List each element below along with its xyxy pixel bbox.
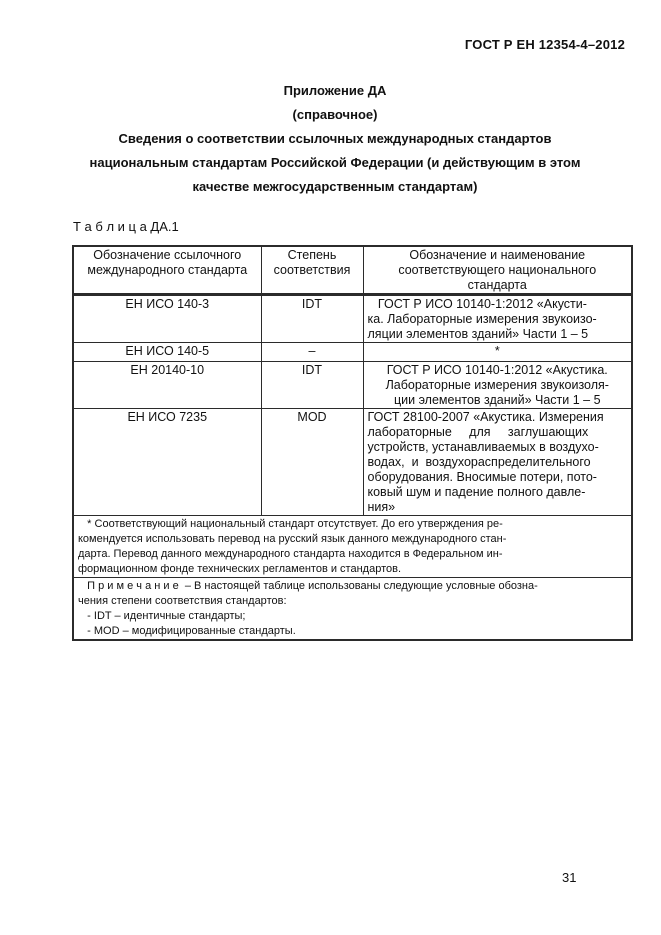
cell-national: *: [363, 343, 632, 362]
document-code-header: ГОСТ Р ЕН 12354-4–2012: [465, 37, 625, 52]
page-number: 31: [562, 870, 576, 885]
table-header-row: Обозначение ссылочного международного ст…: [73, 246, 632, 295]
table-row: ЕН ИСО 140-3 IDT ГОСТ Р ИСО 10140-1:2012…: [73, 295, 632, 343]
cell-reference: ЕН ИСО 7235: [73, 409, 261, 516]
col-header-degree: Степень соответствия: [261, 246, 363, 295]
appendix-kind: (справочное): [50, 103, 620, 127]
table-note-row: П р и м е ч а н и е – В настоящей таблиц…: [73, 578, 632, 641]
cell-degree: IDT: [261, 295, 363, 343]
table-row: ЕН 20140-10 IDT ГОСТ Р ИСО 10140-1:2012 …: [73, 362, 632, 409]
cell-reference: ЕН 20140-10: [73, 362, 261, 409]
cell-reference: ЕН ИСО 140-3: [73, 295, 261, 343]
table-footnote: * Соответствующий национальный стандарт …: [73, 516, 632, 578]
table-row: ЕН ИСО 140-5 – *: [73, 343, 632, 362]
cell-national: ГОСТ 28100-2007 «Акустика. Измерения лаб…: [363, 409, 632, 516]
table-caption: Т а б л и ц а ДА.1: [73, 219, 179, 234]
table-row: ЕН ИСО 7235 MOD ГОСТ 28100-2007 «Акустик…: [73, 409, 632, 516]
cell-reference: ЕН ИСО 140-5: [73, 343, 261, 362]
appendix-title-block: Приложение ДА (справочное) Сведения о со…: [50, 79, 620, 199]
cell-degree: MOD: [261, 409, 363, 516]
reference-standards-table: Обозначение ссылочного международного ст…: [72, 245, 633, 641]
appendix-label: Приложение ДА: [50, 79, 620, 103]
table-note: П р и м е ч а н и е – В настоящей таблиц…: [73, 578, 632, 641]
cell-degree: IDT: [261, 362, 363, 409]
cell-national: ГОСТ Р ИСО 10140-1:2012 «Акусти- ка. Лаб…: [363, 295, 632, 343]
appendix-subtitle: Сведения о соответствии ссылочных междун…: [50, 127, 620, 199]
cell-national: ГОСТ Р ИСО 10140-1:2012 «Акустика. Лабор…: [363, 362, 632, 409]
col-header-reference-standard: Обозначение ссылочного международного ст…: [73, 246, 261, 295]
col-header-national-standard: Обозначение и наименование соответствующ…: [363, 246, 632, 295]
cell-degree: –: [261, 343, 363, 362]
document-page: ГОСТ Р ЕН 12354-4–2012 Приложение ДА (сп…: [0, 0, 661, 935]
table-footnote-row: * Соответствующий национальный стандарт …: [73, 516, 632, 578]
